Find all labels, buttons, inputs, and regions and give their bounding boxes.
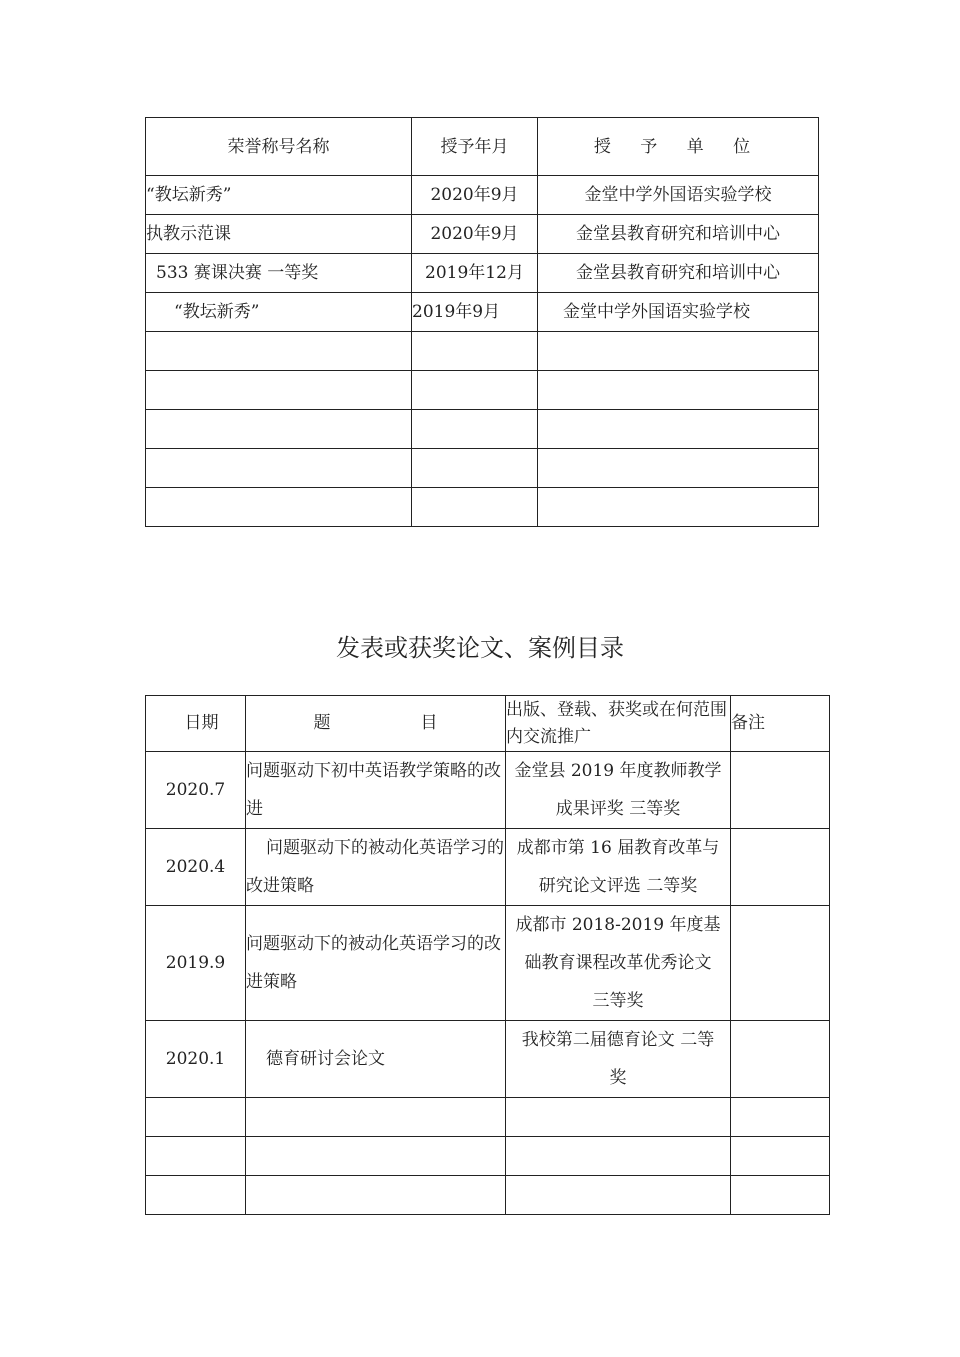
paper-title	[246, 1098, 506, 1137]
table-row: 2020.4 问题驱动下的被动化英语学习的改进策略 成都市第 16 届教育改革与…	[146, 829, 830, 906]
award-unit	[538, 410, 819, 449]
paper-title: 问题驱动下初中英语教学策略的改进	[246, 752, 506, 829]
paper-publication	[506, 1176, 731, 1215]
table-row-empty	[146, 1176, 830, 1215]
publication-line: 成果评奖 三等奖	[506, 790, 730, 828]
table-row: “教坛新秀” 2019年9月 金堂中学外国语实验学校	[146, 293, 819, 332]
publication-line: 奖	[506, 1059, 730, 1097]
paper-remarks	[731, 752, 830, 829]
publication-line: 础教育课程改革优秀论文	[506, 944, 730, 982]
paper-publication	[506, 1137, 731, 1176]
honor-name: 533 赛课决赛 一等奖	[146, 254, 412, 293]
papers-section-title: 发表或获奖论文、案例目录	[0, 628, 960, 663]
table-row-empty	[146, 449, 819, 488]
award-date: 2020年9月	[412, 176, 538, 215]
honor-name: “教坛新秀”	[146, 293, 412, 332]
table-row: 533 赛课决赛 一等奖 2019年12月 金堂县教育研究和培训中心	[146, 254, 819, 293]
paper-publication: 金堂县 2019 年度教师教学 成果评奖 三等奖	[506, 752, 731, 829]
table-row: 执教示范课 2020年9月 金堂县教育研究和培训中心	[146, 215, 819, 254]
paper-remarks	[731, 1098, 830, 1137]
paper-remarks	[731, 829, 830, 906]
header-honor-name: 荣誉称号名称	[146, 118, 412, 176]
paper-title: 问题驱动下的被动化英语学习的改进策略	[246, 906, 506, 1021]
award-unit	[538, 332, 819, 371]
paper-date: 2020.4	[146, 829, 246, 906]
award-unit: 金堂中学外国语实验学校	[538, 176, 819, 215]
award-date: 2019年12月	[412, 254, 538, 293]
paper-date	[146, 1098, 246, 1137]
publication-line: 成都市第 16 届教育改革与	[506, 829, 730, 867]
award-date	[412, 332, 538, 371]
table-row-empty	[146, 371, 819, 410]
header-award-unit: 授 予 单 位	[538, 118, 819, 176]
paper-remarks	[731, 1176, 830, 1215]
header-remarks: 备注	[731, 696, 830, 752]
paper-title	[246, 1176, 506, 1215]
table-row: 2020.7 问题驱动下初中英语教学策略的改进 金堂县 2019 年度教师教学 …	[146, 752, 830, 829]
table-row: “教坛新秀” 2020年9月 金堂中学外国语实验学校	[146, 176, 819, 215]
award-date	[412, 449, 538, 488]
award-date: 2019年9月	[412, 293, 538, 332]
award-date: 2020年9月	[412, 215, 538, 254]
paper-date	[146, 1137, 246, 1176]
honors-table: 荣誉称号名称 授予年月 授 予 单 位 “教坛新秀” 2020年9月 金堂中学外…	[145, 117, 819, 527]
paper-publication: 我校第二届德育论文 二等 奖	[506, 1021, 731, 1098]
publication-line: 我校第二届德育论文 二等	[506, 1021, 730, 1059]
header-award-date: 授予年月	[412, 118, 538, 176]
honors-header-row: 荣誉称号名称 授予年月 授 予 单 位	[146, 118, 819, 176]
publication-line: 成都市 2018-2019 年度基	[506, 906, 730, 944]
header-publication: 出版、登载、获奖或在何范围内交流推广	[506, 696, 731, 752]
paper-remarks	[731, 1137, 830, 1176]
table-row-empty	[146, 1137, 830, 1176]
paper-publication	[506, 1098, 731, 1137]
paper-date: 2020.1	[146, 1021, 246, 1098]
award-unit: 金堂县教育研究和培训中心	[538, 215, 819, 254]
table-row-empty	[146, 410, 819, 449]
header-title: 题 目	[246, 696, 506, 752]
paper-remarks	[731, 1021, 830, 1098]
award-unit: 金堂中学外国语实验学校	[538, 293, 819, 332]
table-row-empty	[146, 332, 819, 371]
award-unit	[538, 488, 819, 527]
honor-name	[146, 410, 412, 449]
table-row: 2020.1 德育研讨会论文 我校第二届德育论文 二等 奖	[146, 1021, 830, 1098]
honor-name	[146, 332, 412, 371]
header-date: 日期	[146, 696, 246, 752]
award-date	[412, 410, 538, 449]
award-date	[412, 488, 538, 527]
award-unit	[538, 371, 819, 410]
honor-name	[146, 449, 412, 488]
publication-line: 金堂县 2019 年度教师教学	[506, 752, 730, 790]
paper-title: 德育研讨会论文	[246, 1021, 506, 1098]
table-row-empty	[146, 488, 819, 527]
award-unit: 金堂县教育研究和培训中心	[538, 254, 819, 293]
honor-name	[146, 371, 412, 410]
table-row: 2019.9 问题驱动下的被动化英语学习的改进策略 成都市 2018-2019 …	[146, 906, 830, 1021]
header-title-left: 题	[314, 710, 331, 737]
table-row-empty	[146, 1098, 830, 1137]
honor-name: “教坛新秀”	[146, 176, 412, 215]
paper-remarks	[731, 906, 830, 1021]
paper-publication: 成都市第 16 届教育改革与 研究论文评选 二等奖	[506, 829, 731, 906]
award-date	[412, 371, 538, 410]
paper-date: 2020.7	[146, 752, 246, 829]
paper-publication: 成都市 2018-2019 年度基 础教育课程改革优秀论文 三等奖	[506, 906, 731, 1021]
paper-date	[146, 1176, 246, 1215]
header-title-right: 目	[421, 710, 438, 737]
honor-name	[146, 488, 412, 527]
papers-table: 日期 题 目 出版、登载、获奖或在何范围内交流推广 备注 2020.7 问题驱动…	[145, 695, 830, 1215]
papers-header-row: 日期 题 目 出版、登载、获奖或在何范围内交流推广 备注	[146, 696, 830, 752]
paper-title: 问题驱动下的被动化英语学习的改进策略	[246, 829, 506, 906]
award-unit	[538, 449, 819, 488]
paper-date: 2019.9	[146, 906, 246, 1021]
publication-line: 三等奖	[506, 982, 730, 1020]
publication-line: 研究论文评选 二等奖	[506, 867, 730, 905]
paper-title	[246, 1137, 506, 1176]
honor-name: 执教示范课	[146, 215, 412, 254]
